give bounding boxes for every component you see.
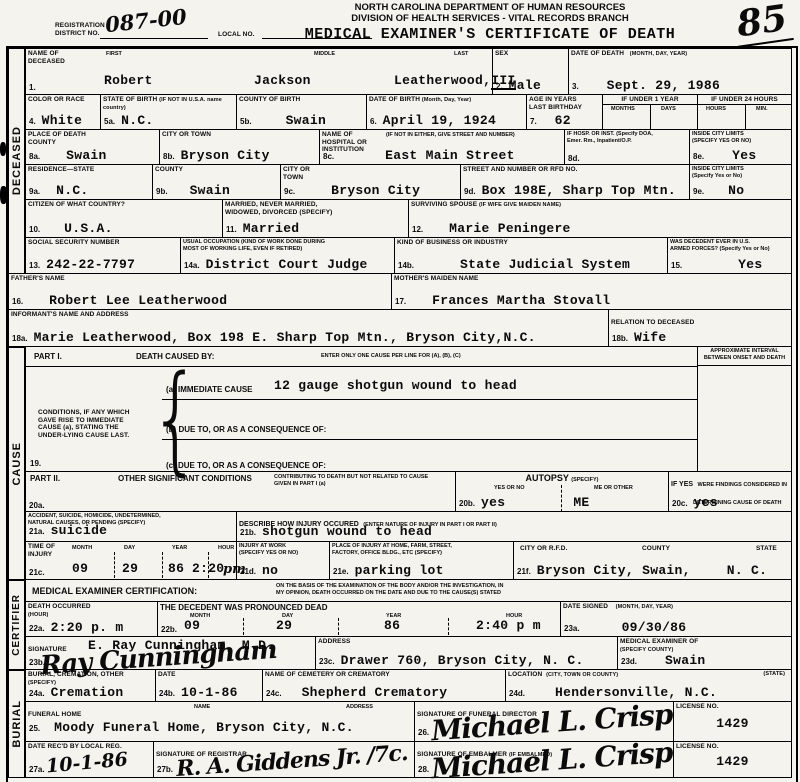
field-sex-value: Male — [509, 79, 541, 93]
age-label-wrap: AGE IN YEARSLAST BIRTHDAY — [529, 96, 600, 111]
section-burial: BURIAL — [8, 670, 25, 778]
field-hosp-type: IF HOSP. OR INST. (Specify DOA,Emer. Rm.… — [564, 129, 690, 165]
daterecd-num: 27a. — [29, 765, 45, 774]
autopsy-sub: (SPECIFY) — [571, 477, 598, 483]
dod-label-row: DATE OF DEATH (MONTH, DAY, YEAR) — [571, 50, 789, 58]
date-signed-cell: DATE SIGNED (MONTH, DAY, YEAR) 23a.09/30… — [560, 601, 792, 637]
license2-label: LICENSE NO. — [676, 743, 789, 751]
part2-label: PART II. — [30, 474, 60, 483]
cl2-num: 9e. — [693, 187, 704, 196]
reg-district-value: 087-00 — [104, 4, 188, 37]
place-label3: FACTORY, OFFICE BLDG., ETC (SPECIFY) — [332, 550, 442, 556]
armed-label2: ARMED FORCES? — [670, 246, 718, 252]
interval-label1: APPROXIMATE INTERVAL — [710, 348, 778, 354]
cob-value: Swain — [286, 114, 327, 128]
loc-num: 24d. — [509, 689, 525, 698]
daterecd-value: 10-1-86 — [45, 748, 128, 777]
autopsy-label: AUTOPSY — [526, 473, 569, 483]
name-first-value: Robert — [104, 74, 153, 88]
cem-num: 24c. — [266, 689, 282, 698]
under24-min-label: MIN. — [756, 106, 768, 113]
marital-num: 11. — [226, 225, 237, 234]
me-cert-text: ON THE BASIS OF THE EXAMINATION OF THE B… — [276, 583, 503, 596]
father-value: Robert Lee Leatherwood — [49, 294, 227, 308]
dob-value: April 19, 1924 — [383, 114, 496, 128]
ds-value: 09/30/86 — [622, 621, 687, 635]
fh-address-label: ADDRESS — [346, 704, 373, 711]
cemetery-cell: NAME OF CEMETERY OR CREMATORY 24c.Shephe… — [262, 669, 506, 702]
podc-label-wrap: PLACE OF DEATHCOUNTY — [28, 131, 157, 146]
autopsy-num: 20b. — [459, 499, 475, 508]
time-div1 — [114, 552, 115, 578]
place-num: 21e. — [333, 567, 349, 576]
conditions-num: 19. — [30, 459, 41, 468]
how-value: shotgun wound to head — [262, 525, 432, 539]
field-city-limits-1: INSIDE CITY LIMITS(SPECIFY YES OR NO) 8e… — [689, 129, 792, 165]
time-day-label: DAY — [124, 545, 135, 552]
field-race: COLOR OR RACE 4.White — [25, 94, 101, 130]
me-cert-label: MEDICAL EXAMINER CERTIFICATION: — [32, 586, 197, 596]
field-relation: RELATION TO DECEASED 18b.Wife — [608, 309, 792, 347]
dept-line1: NORTH CAROLINA DEPARTMENT OF HUMAN RESOU… — [290, 2, 690, 13]
cityrfd-value: Bryson City, Swain, — [537, 564, 691, 578]
podc-num: 8a. — [29, 152, 40, 161]
field-state-of-birth: STATE OF BIRTH (IF NOT IN U.S.A. name co… — [100, 94, 237, 130]
registrar-cell: SIGNATURE OF REGISTRAR 27b. R. A. Gidden… — [153, 741, 415, 778]
time-day-value: 29 — [122, 562, 138, 576]
meof-num: 23d. — [621, 657, 637, 666]
field-city-limits-2: INSIDE CITY LIMITS(Specify Yes or No) 9e… — [689, 164, 792, 200]
field-date-of-death: DATE OF DEATH (MONTH, DAY, YEAR) 3.Sept.… — [568, 48, 792, 95]
field-hospital: NAME OFHOSPITAL ORINSTITUTION (IF NOT IN… — [319, 129, 565, 165]
daterecd-label: DATE REC'D BY LOCAL REG. — [28, 743, 151, 751]
header-center: NORTH CAROLINA DEPARTMENT OF HUMAN RESOU… — [290, 2, 690, 44]
industry-label: KIND OF BUSINESS OR INDUSTRY — [397, 239, 665, 247]
me-cert-text1: ON THE BASIS OF THE EXAMINATION OF THE B… — [276, 583, 503, 589]
time-hour-label: HOUR — [218, 545, 234, 552]
cl1-label-wrap: INSIDE CITY LIMITS(SPECIFY YES OR NO) — [692, 131, 789, 144]
mother-num: 17. — [395, 297, 406, 306]
dod-label: DATE OF DEATH — [571, 50, 624, 57]
race-label: COLOR OR RACE — [28, 96, 98, 104]
dod-sub: (MONTH, DAY, YEAR) — [630, 51, 687, 57]
pron-month-value: 09 — [184, 619, 200, 633]
fh-value: Moody Funeral Home, Bryson City, N.C. — [54, 721, 354, 735]
field-res-state: RESIDENCE—STATE 9a.N.C. — [25, 164, 153, 200]
field-pod-county: PLACE OF DEATHCOUNTY 8a.Swain — [25, 129, 160, 165]
ssn-value: 242-22-7797 — [46, 258, 135, 272]
field-citizen: CITIZEN OF WHAT COUNTRY? 10.U.S.A. — [25, 199, 223, 238]
autopsy-me-label: ME OR OTHER — [594, 485, 633, 492]
meof-label2: (SPECIFY COUNTY) — [620, 647, 673, 653]
state-value: N. C. — [727, 564, 768, 578]
field-informant: INFORMANT'S NAME AND ADDRESS 18a.Marie L… — [8, 309, 609, 347]
podc-value: Swain — [66, 149, 107, 163]
line-a-value: 12 gauge shotgun wound to head — [274, 379, 517, 393]
pron-label: THE DECEDENT WAS PRONOUNCED DEAD — [160, 603, 558, 612]
registrar-signature: R. A. Giddens Jr. /7c. — [175, 740, 408, 782]
cl2-label2: (Specify Yes or No) — [692, 173, 742, 179]
do-label: DEATH OCCURRED — [28, 603, 91, 610]
citizen-label: CITIZEN OF WHAT COUNTRY? — [28, 201, 220, 209]
manner-num: 21a. — [29, 527, 45, 536]
spouse-sub: (IF WIFE GIVE MAIDEN NAME) — [479, 202, 561, 208]
date-recd-cell: DATE REC'D BY LOCAL REG. 27a. 10-1-86 — [25, 741, 154, 778]
podc-label2: COUNTY — [28, 139, 56, 146]
findings-cell: IF YES WERE FINDINGS CONSIDERED INDETERM… — [668, 471, 792, 512]
ds-label-wrap: DATE SIGNED (MONTH, DAY, YEAR) — [563, 603, 789, 611]
cl2-label-wrap: INSIDE CITY LIMITS(Specify Yes or No) — [692, 166, 789, 179]
license1-label: LICENSE NO. — [676, 703, 789, 711]
field-sex: SEX 2.Male — [492, 48, 569, 95]
marital-label2: WIDOWED, DIVORCED (SPECIFY) — [225, 209, 332, 216]
part2-note2: GIVEN IN PART I (a) — [274, 481, 326, 487]
podcity-value: Bryson City — [181, 149, 270, 163]
last-label: LAST — [454, 51, 468, 58]
rescity-label2: TOWN — [283, 174, 303, 181]
fh-label: FUNERAL HOME — [28, 711, 81, 718]
autopsy-yesno-label: YES OR NO — [494, 485, 525, 492]
resstreet-value: Box 198E, Sharp Top Mtn. — [482, 184, 676, 198]
sob-label-wrap: STATE OF BIRTH (IF NOT IN U.S.A. name co… — [103, 96, 234, 111]
cityrfd-num: 21f. — [517, 567, 531, 576]
part2-cell: PART II. OTHER SIGNIFICANT CONDITIONS CO… — [25, 471, 456, 512]
dod-value: Sept. 29, 1986 — [607, 79, 720, 93]
embalmer-signature: Michael L. Crisp — [430, 736, 673, 782]
me-address-cell: ADDRESS 23c.Drawer 760, Bryson City, N. … — [315, 636, 618, 670]
rescounty-label: COUNTY — [155, 166, 278, 174]
atwork-label1: INJURY AT WORK — [239, 543, 286, 549]
field-res-county: COUNTY 9b.Swain — [152, 164, 281, 200]
field-res-city: CITY ORTOWN 9c.Bryson City — [280, 164, 461, 200]
time-year-value: 86 — [168, 562, 184, 576]
father-label: FATHER'S NAME — [11, 275, 389, 283]
informant-num: 18a. — [12, 334, 28, 343]
atwork-value: no — [262, 564, 278, 578]
disp-num: 24a. — [29, 689, 45, 698]
time-month-label: MONTH — [72, 545, 92, 552]
field-sex-num: 2. — [496, 82, 503, 91]
reg-district-label-line1: REGISTRATION — [55, 22, 105, 29]
loc-sub1: (CITY, TOWN OR COUNTY) — [546, 672, 618, 678]
pron-div1 — [243, 618, 244, 635]
loc-sub2: (STATE) — [763, 671, 785, 678]
me-of-cell: MEDICAL EXAMINER OF(SPECIFY COUNTY) 23d.… — [617, 636, 792, 670]
interval-label2: BETWEEN ONSET AND DEATH — [704, 355, 785, 361]
under24-hours-label: HOURS — [706, 106, 726, 113]
pron-num: 22b. — [161, 625, 177, 634]
spouse-label-wrap: SURVIVING SPOUSE (IF WIFE GIVE MAIDEN NA… — [411, 201, 789, 209]
dob-sub: (Month, Day, Year) — [422, 97, 471, 103]
section-cause-label: CAUSE — [11, 442, 23, 486]
race-num: 4. — [29, 117, 36, 126]
cl1-label1: INSIDE CITY LIMITS — [692, 131, 744, 137]
pron-year-value: 86 — [384, 619, 400, 633]
marital-value: Married — [243, 222, 300, 236]
armed-label1: WAS DECEDENT EVER IN U.S. — [670, 239, 750, 245]
field-date-of-birth: DATE OF BIRTH (Month, Day, Year) 6.April… — [366, 94, 527, 130]
field-mother: MOTHER'S MAIDEN NAME 17.Frances Martha S… — [391, 273, 792, 310]
line-a-rule — [162, 399, 697, 400]
sob-num: 5a. — [104, 117, 115, 126]
marital-label-wrap: MARRIED, NEVER MARRIED,WIDOWED, DIVORCED… — [225, 201, 406, 216]
line-c-label: (c) DUE TO, OR AS A CONSEQUENCE OF: — [166, 461, 326, 470]
death-occurred-cell: DEATH OCCURRED(HOUR) 22a.2:20 p. m — [25, 601, 158, 637]
field-county-of-birth: COUNTY OF BIRTH 5b.Swain — [236, 94, 367, 130]
field-pod-city: CITY OR TOWN 8b.Bryson City — [159, 129, 320, 165]
name-last-text: Leatherwood, — [394, 73, 491, 88]
age-num: 7. — [530, 117, 537, 126]
rescounty-num: 9b. — [156, 187, 168, 196]
under1-divider-v — [650, 104, 651, 129]
time-num: 21c. — [29, 568, 45, 577]
manner-label1: ACCIDENT, SUICIDE, HOMICIDE, UNDETERMINE… — [28, 513, 161, 519]
podcity-label: CITY OR TOWN — [162, 131, 317, 139]
atwork-label-wrap: INJURY AT WORK(SPECIFY YES OR NO) — [239, 543, 327, 556]
relation-label: RELATION TO DECEASED — [611, 319, 789, 327]
rescounty-value: Swain — [190, 184, 231, 198]
informant-label: INFORMANT'S NAME AND ADDRESS — [11, 311, 606, 319]
time-label2: INJURY — [28, 551, 52, 558]
pron-div3 — [448, 618, 449, 635]
hosptype-num: 8d. — [568, 154, 580, 163]
cem-value: Shepherd Crematory — [302, 686, 448, 700]
mother-label: MOTHER'S MAIDEN NAME — [394, 275, 789, 283]
pron-day-value: 29 — [276, 619, 292, 633]
cl1-value: Yes — [732, 149, 756, 163]
local-no-label: LOCAL NO. — [218, 31, 255, 39]
marital-label1: MARRIED, NEVER MARRIED, — [225, 201, 318, 208]
findings-label1: IF YES — [671, 481, 693, 488]
name-label-2: DECEASED — [28, 58, 65, 65]
cem-label: NAME OF CEMETERY OR CREMATORY — [265, 671, 503, 679]
autopsy-label-wrap: AUTOPSY (SPECIFY) — [458, 473, 666, 484]
mother-value: Frances Martha Stovall — [432, 294, 610, 308]
part2-note1: CONTRIBUTING TO DEATH BUT NOT RELATED TO… — [274, 474, 428, 480]
field-sex-label: SEX — [495, 50, 566, 58]
rescity-value: Bryson City — [331, 184, 420, 198]
occ-num: 14a. — [184, 261, 200, 270]
armed-label3: (Specify Yes or No) — [720, 246, 770, 252]
field-armed-forces: WAS DECEDENT EVER IN U.S.ARMED FORCES? (… — [667, 237, 792, 274]
spouse-label: SURVIVING SPOUSE — [411, 201, 477, 208]
occ-label2: MOST OF WORKING LIFE, EVEN IF RETIRED) — [183, 246, 302, 252]
state-label: STATE — [756, 545, 777, 553]
cl1-num: 8e. — [693, 152, 704, 161]
autopsy-me-value: ME — [573, 496, 589, 510]
section-certifier: CERTIFIER — [8, 580, 25, 670]
injury-city-cell: CITY OR R.F.D. COUNTY STATE 21f.Bryson C… — [513, 541, 792, 580]
license2-value: 1429 — [676, 755, 789, 769]
dob-label-wrap: DATE OF BIRTH (Month, Day, Year) — [369, 96, 524, 104]
cob-label: COUNTY OF BIRTH — [239, 96, 364, 104]
dob-num: 6. — [370, 117, 377, 126]
occ-value: District Court Judge — [206, 258, 368, 272]
how-num: 21b. — [240, 528, 256, 537]
disposition-date-cell: DATE 24b.10-1-86 — [155, 669, 263, 702]
hosptype-label-wrap: IF HOSP. OR INST. (Specify DOA,Emer. Rm.… — [567, 131, 687, 144]
location-cell: LOCATION (CITY, TOWN OR COUNTY)(STATE) 2… — [505, 669, 792, 702]
loc-label: LOCATION — [508, 671, 542, 678]
spouse-value: Marie Peningere — [449, 222, 571, 236]
armed-value: Yes — [738, 258, 762, 272]
pron-hour-value: 2:40 p m — [476, 619, 541, 633]
hosp-label2: HOSPITAL OR — [322, 139, 367, 146]
pronounced-dead-cell: THE DECEDENT WAS PRONOUNCED DEAD MONTH D… — [157, 601, 561, 637]
race-value: White — [42, 114, 83, 128]
field-under-1-year: IF UNDER 1 YEAR MONTHS DAYS — [602, 94, 698, 130]
time-div2 — [162, 552, 163, 578]
field-ssn: SOCIAL SECURITY NUMBER 13.242-22-7797 — [25, 237, 181, 274]
ds-num: 23a. — [564, 624, 580, 633]
sob-label: STATE OF BIRTH — [103, 96, 157, 103]
under24-divider-v — [745, 104, 746, 129]
armed-label-wrap: WAS DECEDENT EVER IN U.S.ARMED FORCES? (… — [670, 239, 789, 252]
interval-column: APPROXIMATE INTERVALBETWEEN ONSET AND DE… — [697, 346, 792, 472]
relation-num: 18b. — [612, 334, 628, 343]
time-hour-value: 2:20 — [192, 562, 224, 576]
line-a-label: (a) IMMEDIATE CAUSE — [166, 385, 253, 394]
part1-label: PART I. — [34, 352, 62, 361]
embalmer-cell: SIGNATURE OF EMBALMER (IF EMBALMED) 28. … — [414, 741, 674, 778]
sob-value: N.C. — [121, 114, 153, 128]
time-year-label: YEAR — [172, 545, 187, 552]
under1-label: IF UNDER 1 YEAR — [605, 96, 695, 104]
time-label1: TIME OF — [28, 543, 55, 550]
director-cell: SIGNATURE OF FUNERAL DIRECTOR 26. Michae… — [414, 701, 674, 742]
atwork-label2: (SPECIFY YES OR NO) — [239, 550, 298, 556]
place-label1: PLACE OF INJURY — [332, 543, 381, 549]
industry-num: 14b. — [398, 261, 414, 270]
cl1-label2: (SPECIFY YES OR NO) — [692, 138, 751, 144]
field-name-num: 1. — [29, 83, 36, 92]
addr-num: 23c. — [319, 657, 335, 666]
findings-label2: WERE FINDINGS CONSIDERED IN — [698, 482, 788, 488]
resstate-num: 9a. — [29, 187, 40, 196]
certificate-number: 85 — [732, 0, 794, 48]
reg-district-line — [100, 38, 208, 39]
under1-days-label: DAYS — [661, 106, 676, 113]
occ-label-wrap: USUAL OCCUPATION (KIND OF WORK DONE DURI… — [183, 239, 392, 252]
podc-label1: PLACE OF DEATH — [28, 131, 86, 138]
field-father: FATHER'S NAME 16.Robert Lee Leatherwood — [8, 273, 392, 310]
section-burial-label: BURIAL — [11, 700, 23, 748]
hosptype-label2: Emer. Rm., Inpatient/O.P. — [567, 138, 632, 144]
rescity-label-wrap: CITY ORTOWN — [283, 166, 458, 181]
license1-value: 1429 — [676, 717, 789, 731]
place-value: parking lot — [355, 564, 444, 578]
certificate-form: DECEASED CAUSE CERTIFIER BURIAL NAME OFD… — [6, 46, 798, 782]
autopsy-value: yes — [481, 496, 505, 510]
page-header: REGISTRATION DISTRICT NO. 087-00 LOCAL N… — [0, 0, 800, 46]
interval-label-wrap: APPROXIMATE INTERVALBETWEEN ONSET AND DE… — [700, 348, 789, 361]
dispdate-value: 10-1-86 — [181, 686, 238, 700]
rescity-label1: CITY OR — [283, 166, 310, 173]
resstreet-label: STREET AND NUMBER OR RFD NO. — [463, 166, 687, 174]
occ-label1: USUAL OCCUPATION (KIND OF WORK DONE DURI… — [183, 239, 325, 245]
age-label2: LAST BIRTHDAY — [529, 104, 582, 111]
under24-label: IF UNDER 24 HOURS — [700, 96, 789, 104]
manner-cell: ACCIDENT, SUICIDE, HOMICIDE, UNDETERMINE… — [25, 511, 237, 542]
field-under-24-hours: IF UNDER 24 HOURS HOURS MIN. — [697, 94, 792, 130]
hosptype-label1: IF HOSP. OR INST. (Specify DOA, — [567, 131, 653, 137]
name-label-1: NAME OF — [28, 50, 59, 57]
line-b-label: (b) DUE TO, OR AS A CONSEQUENCE OF: — [166, 425, 326, 434]
industry-value: State Judicial System — [460, 258, 630, 272]
part2-note: CONTRIBUTING TO DEATH BUT NOT RELATED TO… — [274, 474, 444, 487]
place-of-injury-cell: PLACE OF INJURY AT HOME, FARM, STREET,FA… — [329, 541, 514, 580]
dispdate-num: 24b. — [159, 689, 175, 698]
loc-value: Hendersonville, N.C. — [555, 686, 717, 700]
conditions-brace: { — [149, 359, 202, 477]
fh-name-label: NAME — [194, 704, 210, 711]
age-label1: AGE IN YEARS — [529, 96, 577, 103]
section-cause: CAUSE — [8, 347, 25, 580]
certificate-title: MEDICAL EXAMINER'S CERTIFICATE OF DEATH — [290, 26, 690, 44]
do-value: 2:20 p. m — [51, 621, 124, 635]
pron-div2 — [338, 618, 339, 635]
field-occupation: USUAL OCCUPATION (KIND OF WORK DONE DURI… — [180, 237, 395, 274]
field-spouse: SURVIVING SPOUSE (IF WIFE GIVE MAIDEN NA… — [408, 199, 792, 238]
ds-label: DATE SIGNED — [563, 603, 608, 610]
reg-district-label-line2: DISTRICT NO. — [55, 30, 100, 37]
part1-note: ENTER ONLY ONE CAUSE PER LINE FOR (A), (… — [321, 353, 461, 360]
do-sub: (HOUR) — [28, 612, 48, 618]
license2-cell: LICENSE NO. 1429 — [673, 741, 792, 778]
disp-label-wrap: BURIAL, CREMATION, OTHER (SPECIFY) — [28, 671, 153, 686]
field-name: NAME OFDECEASED FIRST MIDDLE LAST 1. Rob… — [25, 48, 493, 95]
rescity-num: 9c. — [284, 187, 295, 196]
embalmer-num: 28. — [418, 765, 429, 774]
cityrfd-label: CITY OR R.F.D. — [520, 545, 568, 553]
addr-value: Drawer 760, Bryson City, N. C. — [341, 654, 584, 668]
resstreet-num: 9d. — [464, 187, 476, 196]
age-value: 62 — [555, 114, 571, 128]
hosp-num: 8c. — [323, 152, 334, 161]
ssn-label: SOCIAL SECURITY NUMBER — [28, 239, 178, 247]
injury-at-work-cell: INJURY AT WORK(SPECIFY YES OR NO) 21d.no — [236, 541, 330, 580]
county-label: COUNTY — [642, 545, 670, 553]
conditions-label: CONDITIONS, IF ANY WHICH GAVE RISE TO IM… — [38, 409, 136, 439]
part1-body: CONDITIONS, IF ANY WHICH GAVE RISE TO IM… — [25, 366, 698, 472]
me-signature-cell: SIGNATURE E. Ray Cunningham, M.D. 23b. R… — [25, 636, 316, 670]
funeral-home-cell: FUNERAL HOME NAME ADDRESS 25.Moody Funer… — [25, 701, 415, 742]
license1-cell: LICENSE NO. 1429 — [673, 701, 792, 742]
time-month-value: 09 — [72, 562, 88, 576]
do-label-wrap: DEATH OCCURRED(HOUR) — [28, 603, 155, 618]
how-injury-cell: DESCRIBE HOW INJURY OCCURED (ENTER NATUR… — [236, 511, 792, 542]
meof-label1: MEDICAL EXAMINER OF — [620, 638, 698, 645]
cl2-value: No — [728, 184, 744, 198]
interval-divider — [698, 365, 791, 366]
spouse-num: 12. — [412, 225, 423, 234]
father-num: 16. — [12, 297, 23, 306]
cob-num: 5b. — [240, 117, 252, 126]
hosp-label1: NAME OF — [322, 131, 353, 138]
name-middle-value: Jackson — [254, 74, 311, 88]
dod-num: 3. — [572, 82, 579, 91]
relation-value: Wife — [634, 331, 666, 345]
dispdate-label: DATE — [158, 671, 260, 679]
do-num: 22a. — [29, 624, 45, 633]
part2-title: OTHER SIGNIFICANT CONDITIONS — [118, 474, 252, 483]
addr-label: ADDRESS — [318, 638, 615, 646]
field-industry: KIND OF BUSINESS OR INDUSTRY 14b.State J… — [394, 237, 668, 274]
cl2-label1: INSIDE CITY LIMITS — [692, 166, 744, 172]
director-num: 26. — [418, 728, 429, 737]
section-deceased: DECEASED — [8, 48, 25, 274]
under1-months-label: MONTHS — [611, 106, 635, 113]
